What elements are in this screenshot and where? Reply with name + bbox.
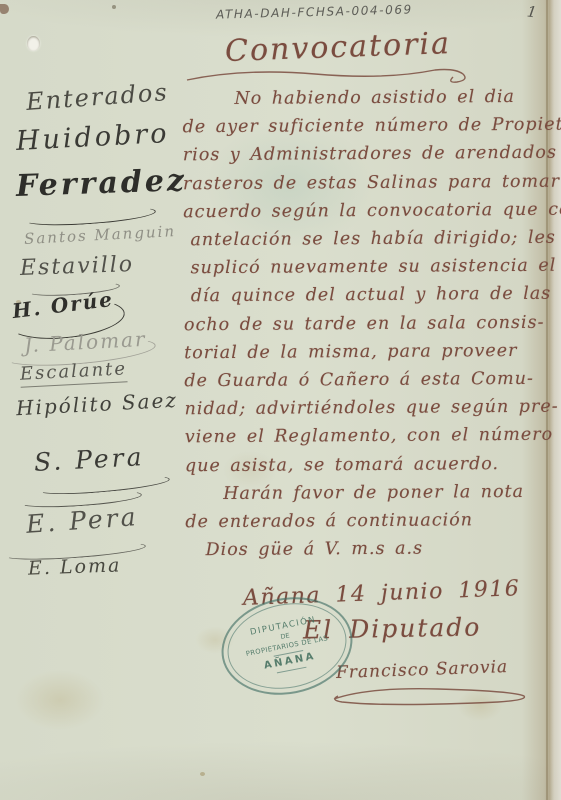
manuscript-line: torial de la misma, para proveer [184,337,548,368]
manuscript-line: suplicó nuevamente su asistencia el [191,252,548,283]
manuscript-line: que asista, se tomará acuerdo. [185,449,549,480]
manuscript-line: antelación se les había dirigido; les [190,224,547,255]
margin-signature: Huidobro [15,118,170,157]
corner-stain [0,4,9,14]
manuscript-page: ATHA-DAH-FCHSA-004-069 1 Convocatoria No… [0,0,561,800]
archive-reference-code: ATHA-DAH-FCHSA-004-069 [216,2,413,21]
stamp-text-de: DE [280,631,290,641]
margin-signature: E. Pera [25,502,139,539]
signature-flourish [328,683,533,709]
margin-signature: Escalante [19,358,127,388]
manuscript-line: de ayer suficiente número de Propieta [183,111,547,142]
paper-speck [200,772,205,776]
margin-signature: Santos Manguin [24,222,177,248]
manuscript-line: No habiendo asistido el dia [234,83,546,113]
author-signature: Francisco Sarovia [336,657,509,683]
margin-signature: Ferradez [15,163,187,204]
paper-speck [112,5,116,9]
manuscript-line: de Guarda ó Cañero á esta Comu- [184,365,548,396]
manuscript-line: Dios güe á V. m.s a.s [205,534,549,565]
margin-signature: S. Pera [33,442,145,477]
page-number: 1 [526,2,538,21]
manuscript-line: viene el Reglamento, con el número [185,421,549,452]
manuscript-line: de enterados á continuación [185,506,549,537]
manuscript-line: acuerdo según la convocatoria que con [183,196,547,227]
margin-note-enterados: Enterados [25,78,169,116]
margin-signature: E. Loma [28,554,122,579]
margin-signature: Hipólito Saez [15,388,178,420]
punch-hole [27,36,40,51]
manuscript-line: nidad; advirtiéndoles que según pre- [184,393,548,424]
manuscript-line: rasteros de estas Salinas para tomar [183,167,547,198]
manuscript-line: día quince del actual y hora de las [191,280,548,311]
stamp-text-place: AÑANA [263,651,317,672]
manuscript-line: Harán favor de poner la nota [223,478,549,508]
manuscript-line: rios y Administradores de arendados fo- [183,139,547,170]
margin-signature: Estavillo [20,252,135,281]
manuscript-line: ocho de su tarde en la sala consis- [184,308,548,339]
manuscript-body: No habiendo asistido el dia de ayer sufi… [182,83,549,565]
